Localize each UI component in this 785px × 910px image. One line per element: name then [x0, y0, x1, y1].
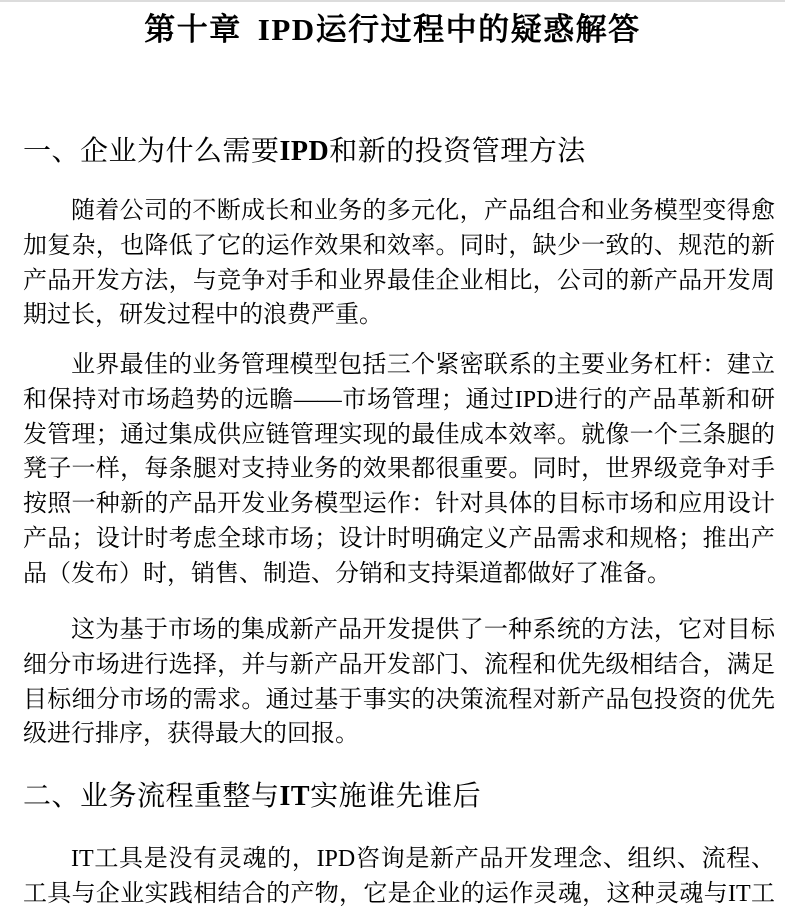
section1-heading: 一、企业为什么需要IPD和新的投资管理方法: [23, 135, 586, 169]
body-line: 这为基于市场的集成新产品开发提供了一种系统的方法，它对目标: [23, 613, 775, 648]
section2-heading: 二、业务流程重整与IT实施谁先谁后: [23, 780, 481, 814]
body-line: IT工具是没有灵魂的，IPD咨询是新产品开发理念、组织、流程、: [23, 842, 775, 877]
section2-paragraph-1: IT工具是没有灵魂的，IPD咨询是新产品开发理念、组织、流程、 工具与企业实践相…: [23, 842, 775, 910]
body-line: 发管理；通过集成供应链管理实现的最佳成本效率。就像一个三条腿的: [23, 418, 775, 453]
chapter-title-text: 运行过程中的疑惑解答: [316, 12, 641, 47]
body-line: 随着公司的不断成长和业务的多元化，产品组合和业务模型变得愈: [23, 194, 775, 229]
section1-heading-en: IPD: [280, 136, 330, 167]
chapter-title: 第十章IPD运行过程中的疑惑解答: [0, 10, 785, 50]
section1-heading-pre: 一、企业为什么需要: [23, 136, 280, 167]
chapter-title-en: IPD: [258, 12, 316, 47]
body-line: 按照一种新的产品开发业务模型运作：针对具体的目标市场和应用设计: [23, 487, 775, 522]
body-line: 期过长，研发过程中的浪费严重。: [23, 298, 775, 333]
page-top-edge: [0, 0, 785, 2]
section2-heading-post: 实施谁先谁后: [310, 781, 481, 812]
chapter-number: 第十章: [144, 12, 242, 47]
body-line: 工具与企业实践相结合的产物，它是企业的运作灵魂，这种灵魂与IT工: [23, 877, 775, 910]
body-line: 级进行排序，获得最大的回报。: [23, 717, 775, 752]
section1-paragraph-2: 业界最佳的业务管理模型包括三个紧密联系的主要业务杠杆：建立 和保持对市场趋势的远…: [23, 348, 775, 592]
section1-paragraph-3: 这为基于市场的集成新产品开发提供了一种系统的方法，它对目标 细分市场进行选择，并…: [23, 613, 775, 752]
section1-paragraph-1: 随着公司的不断成长和业务的多元化，产品组合和业务模型变得愈 加复杂，也降低了它的…: [23, 194, 775, 333]
body-line: 产品；设计时考虑全球市场；设计时明确定义产品需求和规格；推出产: [23, 522, 775, 557]
document-page: 第十章IPD运行过程中的疑惑解答 一、企业为什么需要IPD和新的投资管理方法 随…: [0, 0, 785, 910]
section2-heading-pre: 二、业务流程重整与: [23, 781, 280, 812]
body-line: 凳子一样，每条腿对支持业务的效果都很重要。同时，世界级竞争对手: [23, 452, 775, 487]
body-line: 业界最佳的业务管理模型包括三个紧密联系的主要业务杠杆：建立: [23, 348, 775, 383]
body-line: 目标细分市场的需求。通过基于事实的决策流程对新产品包投资的优先: [23, 683, 775, 718]
body-line: 产品开发方法，与竞争对手和业界最佳企业相比，公司的新产品开发周: [23, 264, 775, 299]
body-line: 品（发布）时，销售、制造、分销和支持渠道都做好了准备。: [23, 557, 775, 592]
section2-heading-en: IT: [280, 781, 311, 812]
body-line: 和保持对市场趋势的远瞻——市场管理；通过IPD进行的产品革新和研: [23, 383, 775, 418]
body-line: 加复杂，也降低了它的运作效果和效率。同时，缺少一致的、规范的新: [23, 229, 775, 264]
body-line: 细分市场进行选择，并与新产品开发部门、流程和优先级相结合，满足: [23, 648, 775, 683]
section1-heading-post: 和新的投资管理方法: [329, 136, 586, 167]
